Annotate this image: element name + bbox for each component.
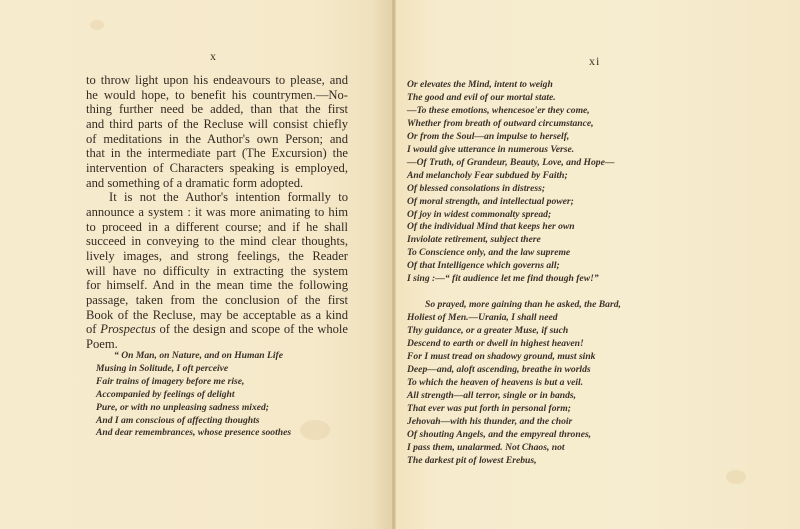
verse-line: Fair trains of imagery before me rise, <box>96 376 336 389</box>
book-spread: x to throw light upon his endeavours to … <box>0 0 800 529</box>
verse-line: To which the heaven of heavens is but a … <box>407 377 787 390</box>
paper-stain <box>90 20 104 30</box>
verse-line: Inviolate retirement, subject there <box>407 234 787 247</box>
prose-line: and something of a dramatic form adopted… <box>86 176 348 191</box>
prose-line: succeed in conveying to the mind clear t… <box>86 234 348 249</box>
right-page: xi Or elevates the Mind, intent to weigh… <box>396 0 800 529</box>
prose-line: passage, taken from the conclusion of th… <box>86 293 348 308</box>
verse-line: Descend to earth or dwell in highest hea… <box>407 338 787 351</box>
prose-paragraphs: to throw light upon his endeavours to pl… <box>86 73 348 351</box>
verse-line: “ On Man, on Nature, and on Human Life <box>96 350 336 363</box>
prose-line: to throw light upon his endeavours to pl… <box>86 73 348 88</box>
verse-line: —To these emotions, whencesoe'er they co… <box>407 105 787 118</box>
verse-line: And dear remembrances, whose presence so… <box>96 427 336 440</box>
verse-line: Deep—and, aloft ascending, breathe in wo… <box>407 364 787 377</box>
verse-line: Of joy in widest commonalty spread; <box>407 209 787 222</box>
prose-line: will have no difficulty in extracting th… <box>86 264 348 279</box>
prose-line: for himself. And in the mean time the fo… <box>86 278 348 293</box>
prospectus-italic: Prospectus <box>100 322 156 336</box>
verse-line: —Of Truth, of Grandeur, Beauty, Love, an… <box>407 157 787 170</box>
verse-line: All strength—all terror, single or in ba… <box>407 390 787 403</box>
verse-line: The good and evil of our mortal state. <box>407 92 787 105</box>
prose-line: lively images, and strong feelings, the … <box>86 249 348 264</box>
verse-line: And melancholy Fear subdued by Faith; <box>407 170 787 183</box>
verse-line: I pass them, unalarmed. Not Chaos, not <box>407 442 787 455</box>
prose-line: announce a system : it was more animatin… <box>86 205 348 220</box>
left-page: x to throw light upon his endeavours to … <box>0 0 392 529</box>
verse-line: Of the individual Mind that keeps her ow… <box>407 221 787 234</box>
verse-line: Of shouting Angels, and the empyreal thr… <box>407 429 787 442</box>
prose-line: he would hope, to benefit his countrymen… <box>86 88 348 103</box>
prose-line: intervention of Characters speaking is e… <box>86 161 348 176</box>
verse-quotation: “ On Man, on Nature, and on Human Life M… <box>96 350 336 440</box>
verse-line: For I must tread on shadowy ground, must… <box>407 351 787 364</box>
verse-line: I sing :—“ fit audience let me find thou… <box>407 273 787 286</box>
verse-line: Whether from breath of outward circumsta… <box>407 118 787 131</box>
prose-line: thing further need be added, than that t… <box>86 102 348 117</box>
verse-line: The darkest pit of lowest Erebus, <box>407 455 787 468</box>
verse-line: Of moral strength, and intellectual powe… <box>407 196 787 209</box>
page-number: xi <box>589 54 600 69</box>
prose-line: that in the intermediate part (The Excur… <box>86 146 348 161</box>
prose-line: It is not the Author's intention formall… <box>86 190 348 205</box>
verse-line: Or elevates the Mind, intent to weigh <box>407 79 787 92</box>
prose-line-prospectus: of Prospectus of the design and scope of… <box>86 322 348 337</box>
verse-line: Holiest of Men.—Urania, I shall need <box>407 312 787 325</box>
verse-line: Jehovah—with his thunder, and the choir <box>407 416 787 429</box>
prose-line: Book of the Recluse, may be acceptable a… <box>86 308 348 323</box>
stanza-2: So prayed, more gaining than he asked, t… <box>407 299 787 467</box>
verse-line: Or from the Soul—an impulse to herself, <box>407 131 787 144</box>
verse-line: Of that Intelligence which governs all; <box>407 260 787 273</box>
verse-line: Thy guidance, or a greater Muse, if such <box>407 325 787 338</box>
prose-text: of <box>86 322 100 336</box>
prose-line: of meditations in the Author's own Perso… <box>86 132 348 147</box>
prose-line: and third parts of the Recluse will cons… <box>86 117 348 132</box>
page-number: x <box>210 49 217 64</box>
verse-line: Accompanied by feelings of delight <box>96 389 336 402</box>
paper-stain <box>726 470 746 484</box>
verse-line: That ever was put forth in personal form… <box>407 403 787 416</box>
verse-line: And I am conscious of affecting thoughts <box>96 415 336 428</box>
verse-line: Musing in Solitude, I oft perceive <box>96 363 336 376</box>
verse-line: Of blessed consolations in distress; <box>407 183 787 196</box>
prose-text: of the design and scope of the whole <box>156 322 348 336</box>
stanza-1: Or elevates the Mind, intent to weigh Th… <box>407 79 787 286</box>
verse-continuation: Or elevates the Mind, intent to weigh Th… <box>407 79 787 468</box>
verse-line: I would give utterance in numerous Verse… <box>407 144 787 157</box>
verse-line: To Conscience only, and the law supreme <box>407 247 787 260</box>
verse-line: Pure, or with no unpleasing sadness mixe… <box>96 402 336 415</box>
verse-line: So prayed, more gaining than he asked, t… <box>407 299 787 312</box>
prose-line: to proceed in a different course; and if… <box>86 220 348 235</box>
